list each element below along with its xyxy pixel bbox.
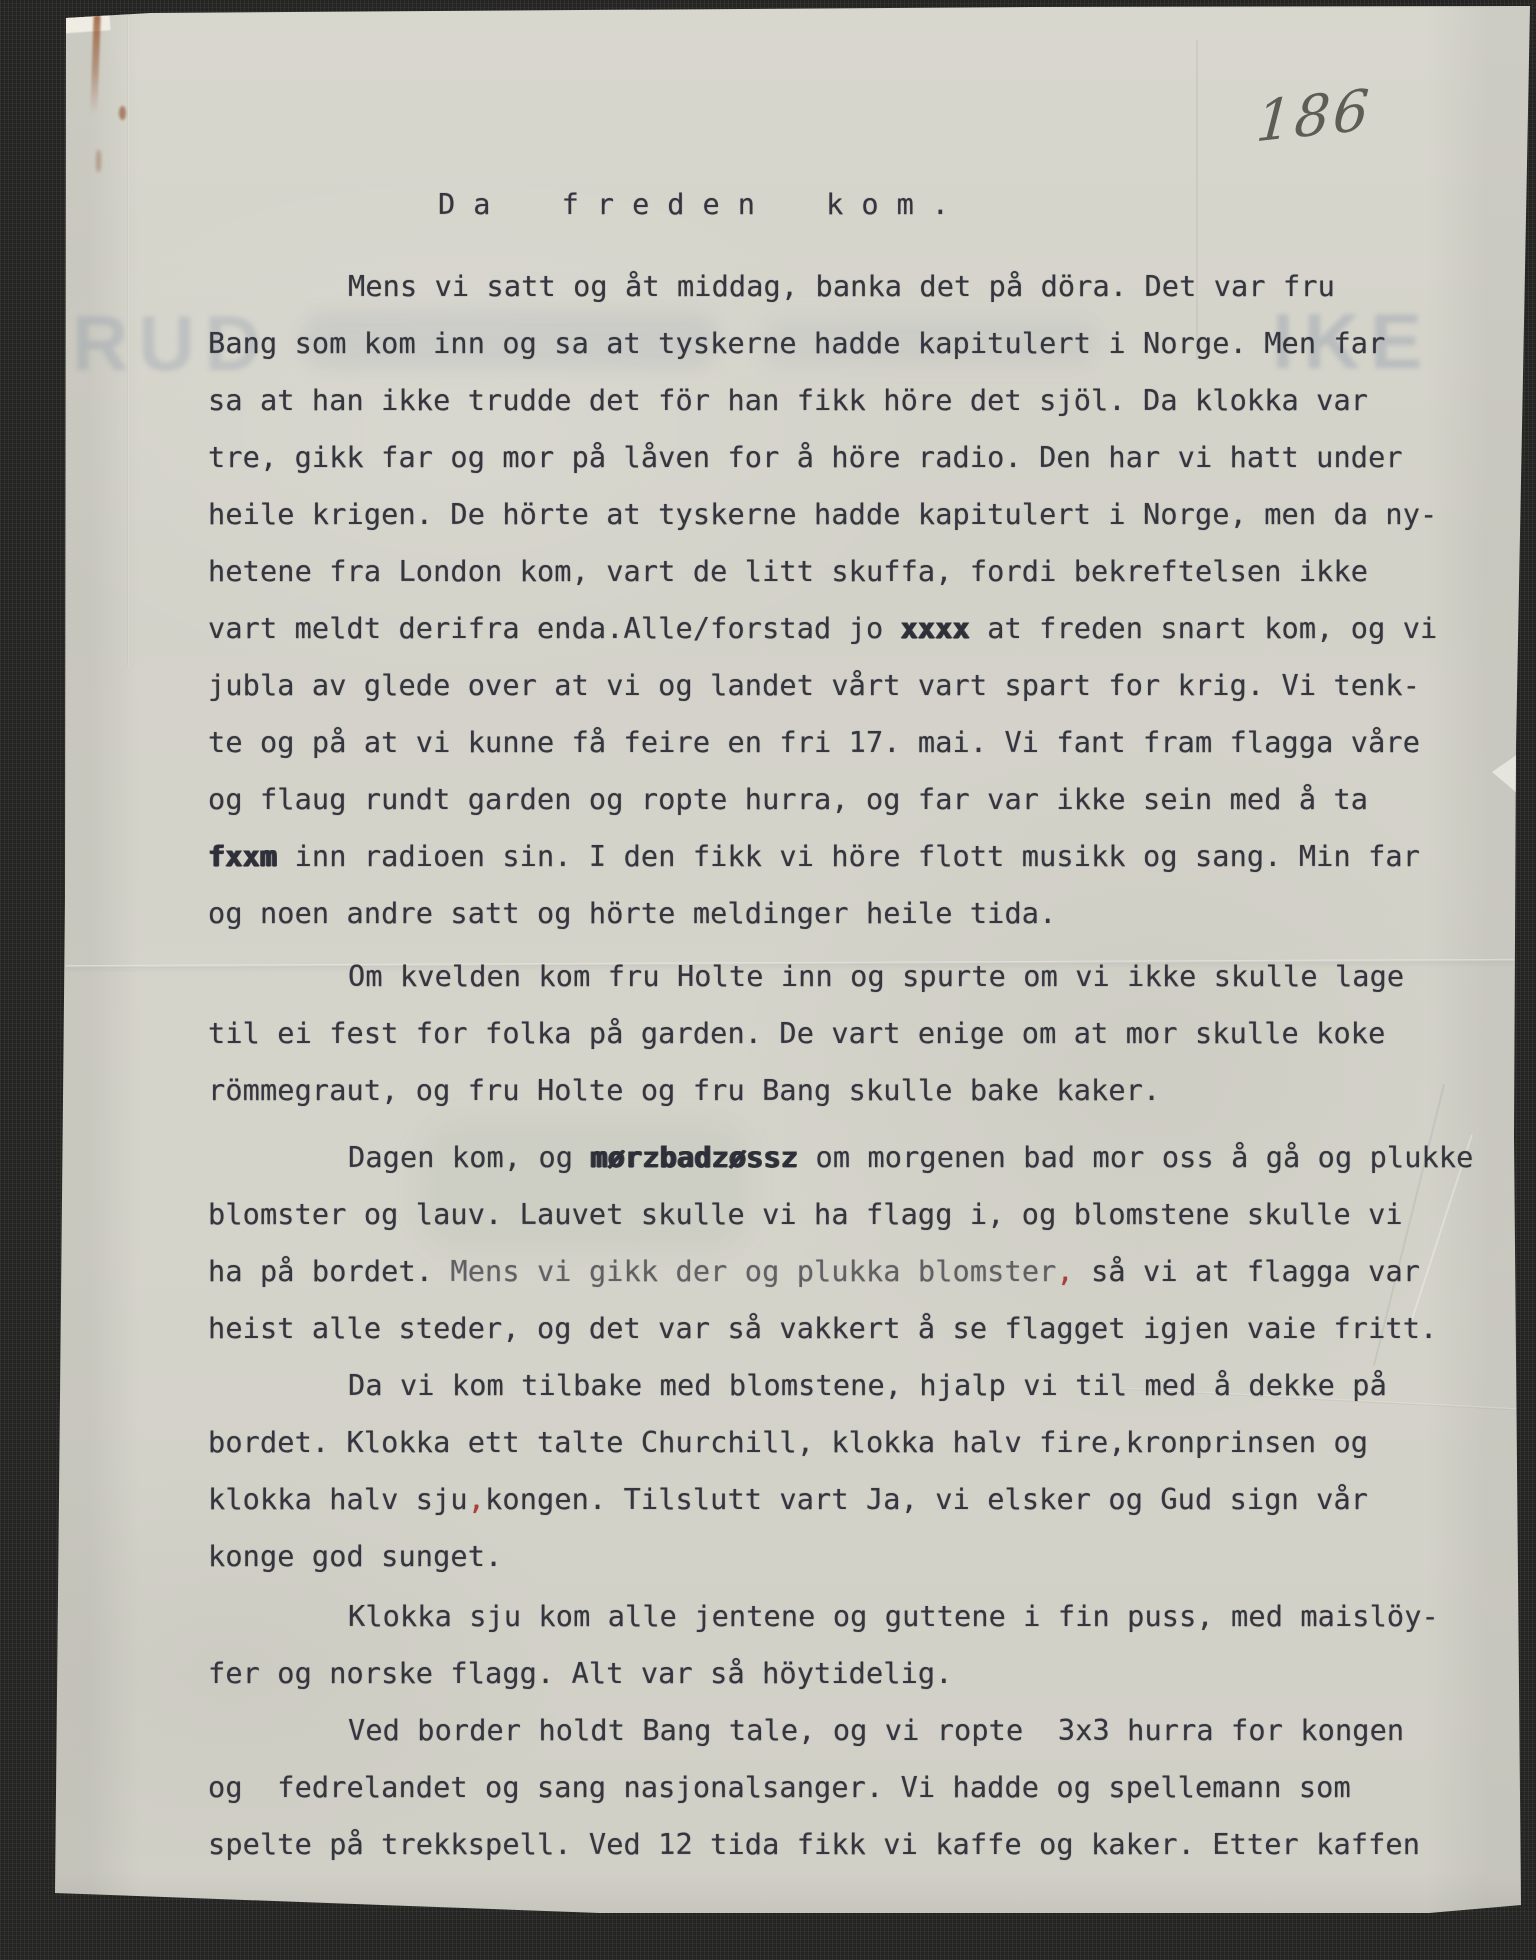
text-segment: Mens vi satt og åt middag, banka det på …	[348, 269, 1335, 303]
text-segment: römmegraut, og fru Holte og fru Bang sku…	[208, 1073, 1160, 1107]
text-segment: te og på at vi kunne få feire en fri 17.…	[208, 725, 1420, 759]
text-line: Ved border holdt Bang tale, og vi ropte …	[208, 1702, 1536, 1759]
text-line: Dagen kom, og mørzbadzøssz om morgenen b…	[208, 1129, 1536, 1186]
text-line: spelte på trekkspell. Ved 12 tida fikk v…	[208, 1816, 1536, 1873]
text-line: bordet. Klokka ett talte Churchill, klok…	[208, 1414, 1536, 1471]
scan-background: RUD IKE 186 Da freden kom. Mens vi satt …	[0, 0, 1536, 1960]
rust-stain-dot	[96, 150, 101, 172]
text-segment: Dagen kom, og	[348, 1140, 590, 1174]
text-line: og noen andre satt og hörte meldinger he…	[208, 885, 1536, 942]
vertical-crease-left	[127, 16, 129, 666]
text-segment: kongen. Tilslutt vart Ja, vi elsker og G…	[485, 1482, 1368, 1516]
text-line: heist alle steder, og det var så vakkert…	[208, 1300, 1536, 1357]
text-line: hetene fra London kom, vart de litt skuf…	[208, 543, 1536, 600]
text-line: og fedrelandet og sang nasjonalsanger. V…	[208, 1759, 1536, 1816]
paragraph: Om kvelden kom fru Holte inn og spurte o…	[208, 948, 1536, 1119]
text-segment: til ei fest for folka på garden. De vart…	[208, 1016, 1385, 1050]
text-line: klokka halv sju,kongen. Tilslutt vart Ja…	[208, 1471, 1536, 1528]
text-segment: og noen andre satt og hörte meldinger he…	[208, 896, 1056, 930]
text-line: Om kvelden kom fru Holte inn og spurte o…	[208, 948, 1536, 1005]
text-segment: og fedrelandet og sang nasjonalsanger. V…	[208, 1770, 1351, 1804]
text-line: Da vi kom tilbake med blomstene, hjalp v…	[208, 1357, 1536, 1414]
text-line: fxxm inn radioen sin. I den fikk vi höre…	[208, 828, 1536, 885]
text-segment: mørzbadzøssz	[590, 1140, 798, 1174]
text-line: til ei fest for folka på garden. De vart…	[208, 1005, 1536, 1062]
text-line: ha på bordet. Mens vi gikk der og plukka…	[208, 1243, 1536, 1300]
document-title: Da freden kom.	[438, 176, 967, 233]
text-segment: inn radioen sin. I den fikk vi höre flot…	[277, 839, 1420, 873]
text-segment: hetene fra London kom, vart de litt skuf…	[208, 554, 1368, 588]
text-segment: Ved border holdt Bang tale, og vi ropte …	[348, 1713, 1404, 1747]
text-line: og flaug rundt garden og ropte hurra, og…	[208, 771, 1536, 828]
text-line: te og på at vi kunne få feire en fri 17.…	[208, 714, 1536, 771]
text-segment: sa at han ikke trudde det för han fikk h…	[208, 383, 1368, 417]
text-segment: om morgenen bad mor oss å gå og plukke	[798, 1140, 1473, 1174]
text-segment: fxxm	[208, 839, 277, 873]
text-segment: vart meldt derifra enda.Alle/forstad jo	[208, 611, 901, 645]
paragraph: Dagen kom, og mørzbadzøssz om morgenen b…	[208, 1129, 1536, 1357]
text-segment: heist alle steder, og det var så vakkert…	[208, 1311, 1437, 1345]
text-line: sa at han ikke trudde det för han fikk h…	[208, 372, 1536, 429]
text-segment: fer og norske flagg. Alt var så höytidel…	[208, 1656, 953, 1690]
text-segment: bordet. Klokka ett talte Churchill, klok…	[208, 1425, 1368, 1459]
text-segment: Da vi kom tilbake med blomstene, hjalp v…	[348, 1368, 1387, 1402]
text-segment: at freden snart kom, og vi	[970, 611, 1438, 645]
rust-stain-dot	[119, 106, 126, 120]
text-segment: heile krigen. De hörte at tyskerne hadde…	[208, 497, 1437, 531]
text-segment: ha på bordet.	[208, 1254, 450, 1288]
text-segment: xxxx	[901, 611, 970, 645]
text-line: Mens vi satt og åt middag, banka det på …	[208, 258, 1536, 315]
text-segment: spelte på trekkspell. Ved 12 tida fikk v…	[208, 1827, 1420, 1861]
text-line: vart meldt derifra enda.Alle/forstad jo …	[208, 600, 1536, 657]
text-segment: tre, gikk far og mor på låven for å höre…	[208, 440, 1403, 474]
text-line: blomster og lauv. Lauvet skulle vi ha fl…	[208, 1186, 1536, 1243]
torn-corner-fragment	[57, 12, 110, 34]
text-segment: og flaug rundt garden og ropte hurra, og…	[208, 782, 1368, 816]
text-segment: ,	[468, 1482, 485, 1516]
text-line: Klokka sju kom alle jentene og guttene i…	[208, 1588, 1536, 1645]
text-line: tre, gikk far og mor på låven for å höre…	[208, 429, 1536, 486]
text-line: konge god sunget.	[208, 1528, 1536, 1585]
text-segment: jubla av glede over at vi og landet vårt…	[208, 668, 1420, 702]
text-segment: Bang som kom inn og sa at tyskerne hadde…	[208, 326, 1385, 360]
text-line: jubla av glede over at vi og landet vårt…	[208, 657, 1536, 714]
paragraph: Da vi kom tilbake med blomstene, hjalp v…	[208, 1357, 1536, 1585]
text-segment: konge god sunget.	[208, 1539, 502, 1573]
document-page: RUD IKE 186 Da freden kom. Mens vi satt …	[0, 0, 1536, 1960]
typewritten-text: Mens vi satt og åt middag, banka det på …	[208, 258, 1536, 1873]
text-line: Bang som kom inn og sa at tyskerne hadde…	[208, 315, 1536, 372]
text-segment: så vi at flagga var	[1074, 1254, 1420, 1288]
text-line: heile krigen. De hörte at tyskerne hadde…	[208, 486, 1536, 543]
paragraph: Mens vi satt og åt middag, banka det på …	[208, 258, 1536, 942]
text-segment: Mens vi gikk der og plukka blomster	[450, 1254, 1056, 1288]
handwritten-page-number: 186	[1254, 78, 1374, 156]
text-segment: Klokka sju kom alle jentene og guttene i…	[348, 1599, 1439, 1633]
text-segment: Om kvelden kom fru Holte inn og spurte o…	[348, 959, 1404, 993]
text-segment: ,	[1056, 1254, 1073, 1288]
paragraph: Klokka sju kom alle jentene og guttene i…	[208, 1588, 1536, 1702]
text-segment: klokka halv sju	[208, 1482, 468, 1516]
text-segment: blomster og lauv. Lauvet skulle vi ha fl…	[208, 1197, 1403, 1231]
text-line: römmegraut, og fru Holte og fru Bang sku…	[208, 1062, 1536, 1119]
paragraph: Ved border holdt Bang tale, og vi ropte …	[208, 1702, 1536, 1873]
text-line: fer og norske flagg. Alt var så höytidel…	[208, 1645, 1536, 1702]
